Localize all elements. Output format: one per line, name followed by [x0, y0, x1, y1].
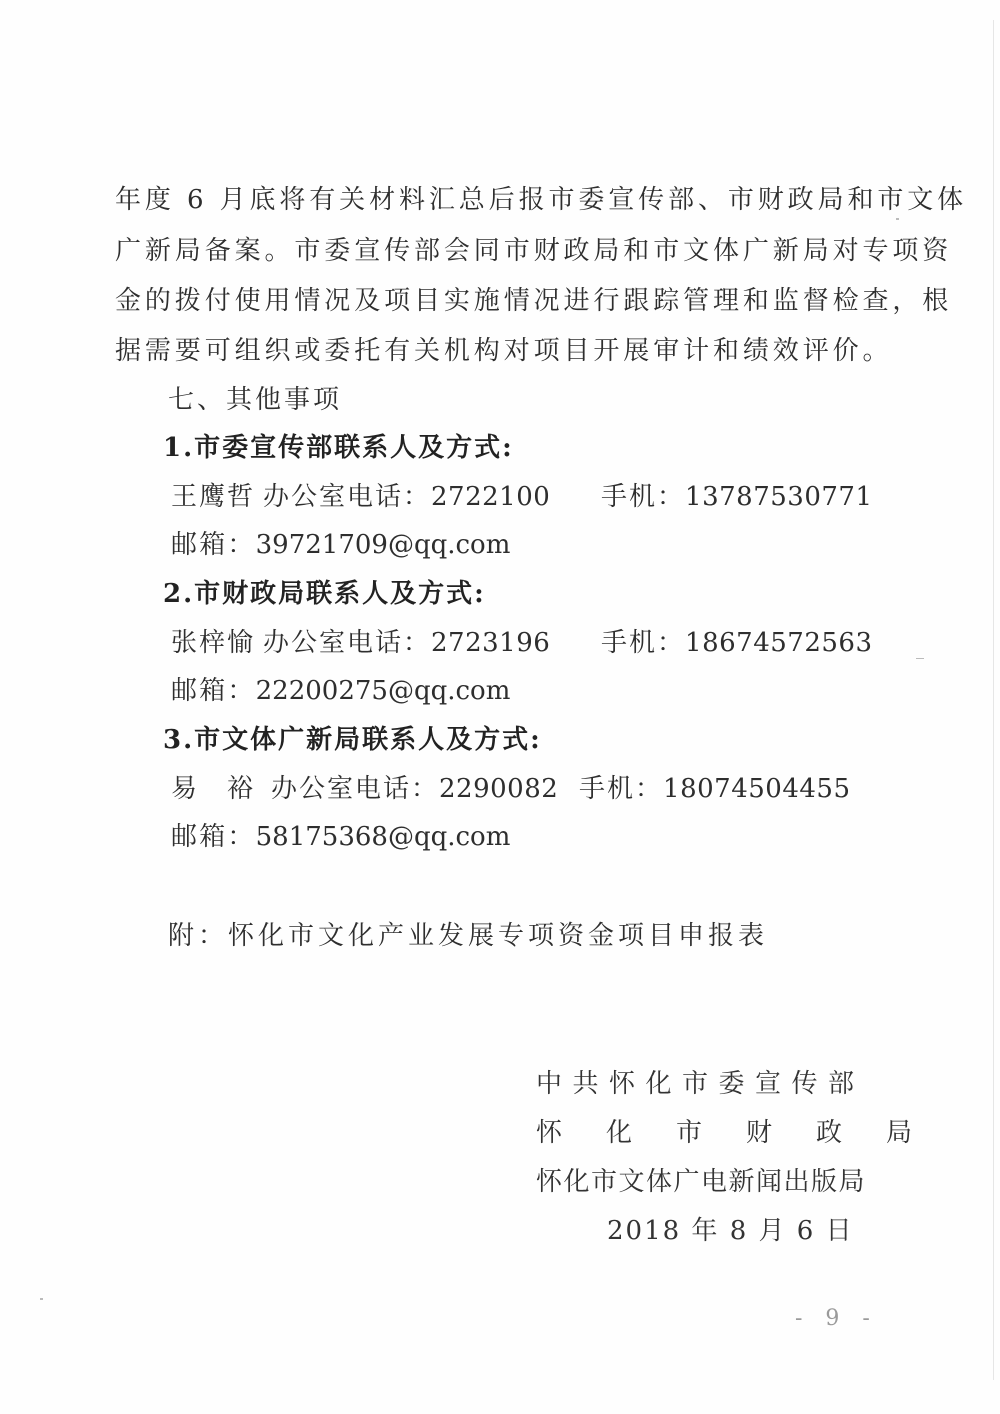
page-number: - 9 -: [795, 1306, 878, 1331]
contact-row: 张梓愉 办公室电话： 2723196 手机： 18674572563: [171, 627, 873, 659]
paragraph-line: 年度 6 月底将有关材料汇总后报市委宣传部、市财政局和市文体: [115, 184, 967, 216]
signature-org: 怀化市文体广电新闻出版局: [536, 1166, 866, 1198]
mobile-label: 手机：: [601, 627, 685, 659]
email-label: 邮箱：: [171, 676, 256, 706]
office-phone-label: 办公室电话：: [271, 773, 439, 805]
mobile-number: 13787530771: [685, 481, 872, 513]
contact-name: 王鹰哲: [171, 481, 263, 513]
attachment-note: 附：怀化市文化产业发展专项资金项目申报表: [168, 920, 768, 952]
office-phone: 2722100: [431, 481, 601, 513]
contact-row: 王鹰哲 办公室电话： 2722100 手机： 13787530771: [171, 481, 873, 513]
paragraph-line: 广新局备案。市委宣传部会同市财政局和市文体广新局对专项资: [115, 235, 952, 267]
mobile-number: 18074504455: [663, 773, 850, 805]
section-heading: 七、其他事项: [168, 384, 342, 416]
email-address: 58175368@qq.com: [256, 822, 511, 852]
email-label: 邮箱：: [171, 822, 256, 852]
signature-date: 2018 年 8 月 6 日: [607, 1215, 854, 1247]
office-phone-label: 办公室电话：: [263, 627, 431, 659]
contact-name: 易裕: [171, 773, 271, 805]
email-row: 邮箱：22200275@qq.com: [171, 675, 510, 707]
email-row: 邮箱：39721709@qq.com: [171, 529, 510, 561]
mobile-label: 手机：: [601, 481, 685, 513]
paragraph-line: 据需要可组织或委托有关机构对项目开展审计和绩效评价。: [115, 335, 892, 367]
scan-speck: [40, 1298, 43, 1300]
email-row: 邮箱：58175368@qq.com: [171, 821, 510, 853]
scan-speck: [916, 658, 924, 659]
contact-name: 张梓愉: [171, 627, 263, 659]
contact-heading: 2.市财政局联系人及方式:: [163, 578, 486, 610]
contact-heading: 1.市委宣传部联系人及方式:: [163, 432, 514, 464]
paragraph-line: 金的拨付使用情况及项目实施情况进行跟踪管理和监督检查，根: [115, 285, 952, 317]
contact-heading: 3.市文体广新局联系人及方式:: [163, 724, 542, 756]
mobile-number: 18674572563: [685, 627, 872, 659]
email-address: 39721709@qq.com: [256, 530, 511, 560]
email-label: 邮箱：: [171, 530, 256, 560]
mobile-label: 手机：: [579, 773, 663, 805]
office-phone-label: 办公室电话：: [263, 481, 431, 513]
contact-row: 易裕 办公室电话： 2290082 手机： 18074504455: [171, 773, 851, 805]
signature-org: 怀化市财政局: [536, 1117, 956, 1149]
office-phone: 2290082: [439, 773, 579, 805]
email-address: 22200275@qq.com: [256, 676, 511, 706]
signature-org: 中共怀化市委宣传部: [536, 1068, 865, 1100]
document-page: 年度 6 月底将有关材料汇总后报市委宣传部、市财政局和市文体 广新局备案。市委宣…: [0, 0, 1000, 1414]
scan-speck: [896, 218, 899, 220]
scan-edge: [993, 20, 994, 1380]
office-phone: 2723196: [431, 627, 601, 659]
